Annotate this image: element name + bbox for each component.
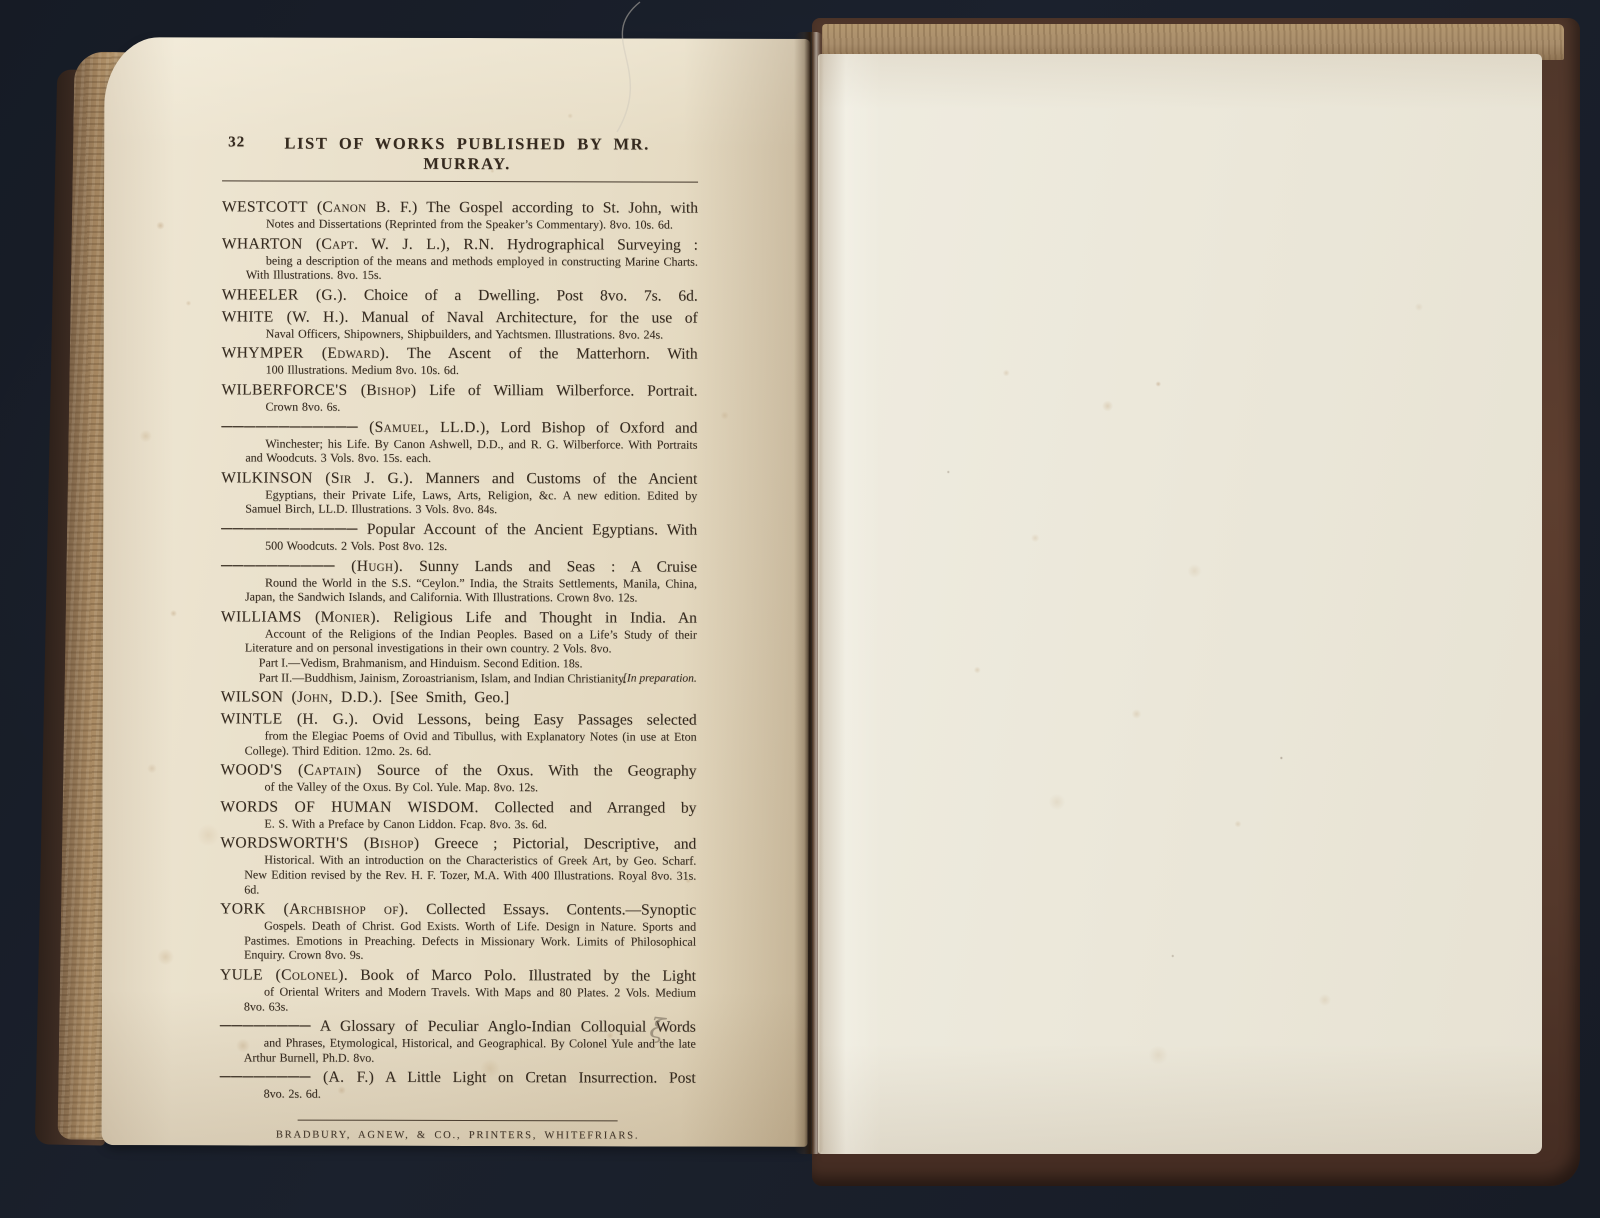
entry-title: The Gospel according to St. John, with — [426, 199, 698, 217]
entry-detail: and Phrases, Etymological, Historical, a… — [244, 1036, 696, 1066]
author-ditto-dash: ──────────── (Samuel, LL.D.), — [221, 418, 489, 436]
printer-imprint: BRADBURY, AGNEW, & CO., PRINTERS, WHITEF… — [220, 1129, 696, 1141]
entry-main: WHARTON (Capt. W. J. L.), R.N. Hydrograp… — [222, 234, 698, 254]
entry-title: Lord Bishop of Oxford and — [501, 419, 698, 437]
entry-detail: Round the World in the S.S. “Ceylon.” In… — [245, 575, 697, 605]
entry-title: Greece ; Pictorial, Descriptive, and — [434, 835, 696, 853]
entry-detail: being a description of the means and met… — [246, 253, 698, 283]
catalog-entry: WHARTON (Capt. W. J. L.), R.N. Hydrograp… — [222, 234, 698, 283]
entry-detail: from the Elegiac Poems of Ovid and Tibul… — [245, 729, 697, 759]
entry-main: WORDS OF HUMAN WISDOM. Collected and Arr… — [220, 797, 696, 817]
author-name: WHYMPER (Edward). — [222, 345, 390, 362]
entry-title: A Glossary of Peculiar Anglo-Indian Coll… — [320, 1018, 696, 1036]
entry-detail: Crown 8vo. 6s. — [245, 399, 697, 415]
entry-detail: 100 Illustrations. Medium 8vo. 10s. 6d. — [246, 363, 698, 379]
catalog-entry: ──────── A Glossary of Peculiar Anglo-In… — [220, 1017, 696, 1066]
author-name: WILSON (John, D.D.). — [221, 688, 383, 705]
entry-title: Manners and Customs of the Ancient — [425, 470, 697, 488]
entry-main: YORK (Archbishop of). Collected Essays. … — [220, 900, 696, 920]
entry-detail: 8vo. 2s. 6d. — [244, 1087, 696, 1103]
dust-fiber — [555, 0, 685, 150]
author-name: WHITE (W. H.). — [222, 308, 349, 325]
entry-detail: Gospels. Death of Christ. God Exists. Wo… — [244, 919, 696, 964]
page-number: 32 — [228, 134, 245, 151]
author-ditto-dash: ──────── (A. F.) — [220, 1069, 375, 1086]
entry-title: The Ascent of the Matterhorn. With — [407, 345, 698, 363]
williams-part-1: Part I.—Vedism, Brahmanism, and Hinduism… — [245, 655, 697, 671]
catalog-entry: WESTCOTT (Canon B. F.) The Gospel accord… — [222, 197, 698, 232]
catalog-entry: ──────────── (Samuel, LL.D.), Lord Bisho… — [221, 417, 697, 466]
entry-title: Religious Life and Thought in India. An — [393, 609, 697, 627]
footer-rule — [298, 1120, 618, 1122]
catalog-entry: WILBERFORCE'S (Bishop) Life of William W… — [221, 380, 697, 415]
catalog-entry: ────────── (Hugh). Sunny Lands and Seas … — [221, 556, 697, 605]
entry-main: WILBERFORCE'S (Bishop) Life of William W… — [222, 380, 698, 400]
right-blank-page — [818, 54, 1542, 1154]
entry-title: Ovid Lessons, being Easy Passages select… — [372, 711, 696, 729]
catalog-entry: WHITE (W. H.). Manual of Naval Architect… — [222, 307, 698, 342]
left-page: 32 LIST OF WORKS PUBLISHED BY MR. MURRAY… — [102, 37, 811, 1147]
catalog-entry: ──────────── Popular Account of the Anci… — [221, 519, 697, 554]
entry-main: ──────────── (Samuel, LL.D.), Lord Bisho… — [221, 417, 697, 437]
entry-title: [See Smith, Geo.] — [390, 689, 509, 706]
entry-title: Sunny Lands and Seas : A Cruise — [419, 557, 697, 575]
entry-main: WORDSWORTH'S (Bishop) Greece ; Pictorial… — [220, 834, 696, 854]
entry-title: A Little Light on Cretan Insurrection. P… — [385, 1069, 696, 1087]
entry-detail: 500 Woodcuts. 2 Vols. Post 8vo. 12s. — [245, 538, 697, 554]
entry-detail: E. S. With a Preface by Canon Liddon. Fc… — [244, 816, 696, 832]
page-footer: BRADBURY, AGNEW, & CO., PRINTERS, WHITEF… — [220, 1119, 696, 1141]
author-name: WILKINSON (Sir J. G.). — [221, 469, 413, 487]
catalog-entry: WINTLE (H. G.). Ovid Lessons, being Easy… — [221, 709, 697, 758]
entry-main: WILLIAMS (Monier). Religious Life and Th… — [221, 607, 697, 627]
entry-main: ──────── (A. F.) A Little Light on Creta… — [220, 1068, 696, 1088]
catalog-entry: WHYMPER (Edward). The Ascent of the Matt… — [222, 344, 698, 379]
entry-title: Collected Essays. Contents.—Synoptic — [426, 901, 696, 919]
entry-main: WINTLE (H. G.). Ovid Lessons, being Easy… — [221, 709, 697, 729]
entry-title: Popular Account of the Ancient Egyptians… — [367, 521, 697, 539]
catalog-entry: WORDSWORTH'S (Bishop) Greece ; Pictorial… — [220, 834, 696, 898]
entry-main: YULE (Colonel). Book of Marco Polo. Illu… — [220, 965, 696, 985]
entry-title: Hydrographical Surveying : — [507, 236, 698, 253]
entry-main: WILKINSON (Sir J. G.). Manners and Custo… — [221, 468, 697, 488]
author-name: WHARTON (Capt. W. J. L.), R.N. — [222, 235, 494, 253]
catalog-text-block: 32 LIST OF WORKS PUBLISHED BY MR. MURRAY… — [220, 133, 699, 1141]
book-gutter — [794, 32, 824, 1154]
author-name: WILBERFORCE'S (Bishop) — [222, 381, 417, 399]
catalog-entry: WILLIAMS (Monier). Religious Life and Th… — [221, 607, 697, 686]
entry-detail: of the Valley of the Oxus. By Col. Yule.… — [244, 780, 696, 796]
author-name: WOOD'S (Captain) — [221, 762, 362, 779]
catalog-entry: WOOD'S (Captain) Source of the Oxus. Wit… — [220, 761, 696, 796]
catalog-entries: WESTCOTT (Canon B. F.) The Gospel accord… — [220, 197, 698, 1102]
author-name: WILLIAMS (Monier). — [221, 608, 380, 625]
catalog-entry: WORDS OF HUMAN WISDOM. Collected and Arr… — [220, 797, 696, 832]
author-ditto-dash: ──────────── — [221, 520, 358, 537]
entry-title: Collected and Arranged by — [494, 799, 696, 817]
author-name: WORDSWORTH'S (Bishop) — [220, 835, 419, 853]
entry-detail: Winchester; his Life. By Canon Ashwell, … — [245, 436, 697, 466]
entry-main: WILSON (John, D.D.). [See Smith, Geo.] — [221, 687, 697, 707]
entry-detail: Account of the Religions of the Indian P… — [245, 626, 697, 656]
entry-title: Life of William Wilberforce. Portrait. — [429, 382, 697, 400]
entry-main: WHYMPER (Edward). The Ascent of the Matt… — [222, 344, 698, 364]
entry-detail: Naval Officers, Shipowners, Shipbuilders… — [246, 326, 698, 342]
author-name: WHEELER (G.). — [222, 286, 347, 303]
catalog-entry: YORK (Archbishop of). Collected Essays. … — [220, 900, 696, 964]
pencil-mark: ξ — [648, 1013, 666, 1045]
entry-main: WHEELER (G.). Choice of a Dwelling. Post… — [222, 285, 698, 305]
entry-title: Book of Marco Polo. Illustrated by the L… — [360, 967, 696, 985]
catalog-entry: WHEELER (G.). Choice of a Dwelling. Post… — [222, 285, 698, 305]
entry-main: WHITE (W. H.). Manual of Naval Architect… — [222, 307, 698, 327]
author-ditto-dash: ──────── — [220, 1018, 311, 1035]
catalog-entry: WILKINSON (Sir J. G.). Manners and Custo… — [221, 468, 697, 517]
author-name: WINTLE (H. G.). — [221, 710, 359, 727]
entry-detail: Historical. With an introduction on the … — [244, 853, 696, 898]
entry-main: ──────── A Glossary of Peculiar Anglo-In… — [220, 1017, 696, 1037]
entry-main: WOOD'S (Captain) Source of the Oxus. Wit… — [221, 761, 697, 781]
author-name: WESTCOTT (Canon B. F.) — [222, 198, 418, 216]
entry-heading: WORDS OF HUMAN WISDOM. — [220, 798, 478, 816]
entry-main: ────────── (Hugh). Sunny Lands and Seas … — [221, 556, 697, 576]
book-photo: 32 LIST OF WORKS PUBLISHED BY MR. MURRAY… — [0, 0, 1600, 1218]
entry-main: ──────────── Popular Account of the Anci… — [221, 519, 697, 539]
entry-title: Manual of Naval Architecture, for the us… — [361, 309, 697, 327]
author-name: YULE (Colonel). — [220, 966, 348, 983]
author-name: YORK (Archbishop of). — [220, 901, 409, 918]
entry-detail: of Oriental Writers and Modern Travels. … — [244, 984, 696, 1014]
entry-detail: Egyptians, their Private Life, Laws, Art… — [245, 487, 697, 517]
entry-title: Source of the Oxus. With the Geography — [377, 762, 697, 780]
catalog-entry: YULE (Colonel). Book of Marco Polo. Illu… — [220, 965, 696, 1014]
entry-main: WESTCOTT (Canon B. F.) The Gospel accord… — [222, 197, 698, 217]
entry-title: Choice of a Dwelling. Post 8vo. 7s. 6d. — [364, 287, 698, 305]
catalog-entry: ──────── (A. F.) A Little Light on Creta… — [220, 1068, 696, 1103]
entry-detail: Notes and Dissertations (Reprinted from … — [246, 216, 698, 232]
catalog-entry: WILSON (John, D.D.). [See Smith, Geo.] — [221, 687, 697, 707]
author-ditto-dash: ────────── (Hugh). — [221, 557, 403, 574]
